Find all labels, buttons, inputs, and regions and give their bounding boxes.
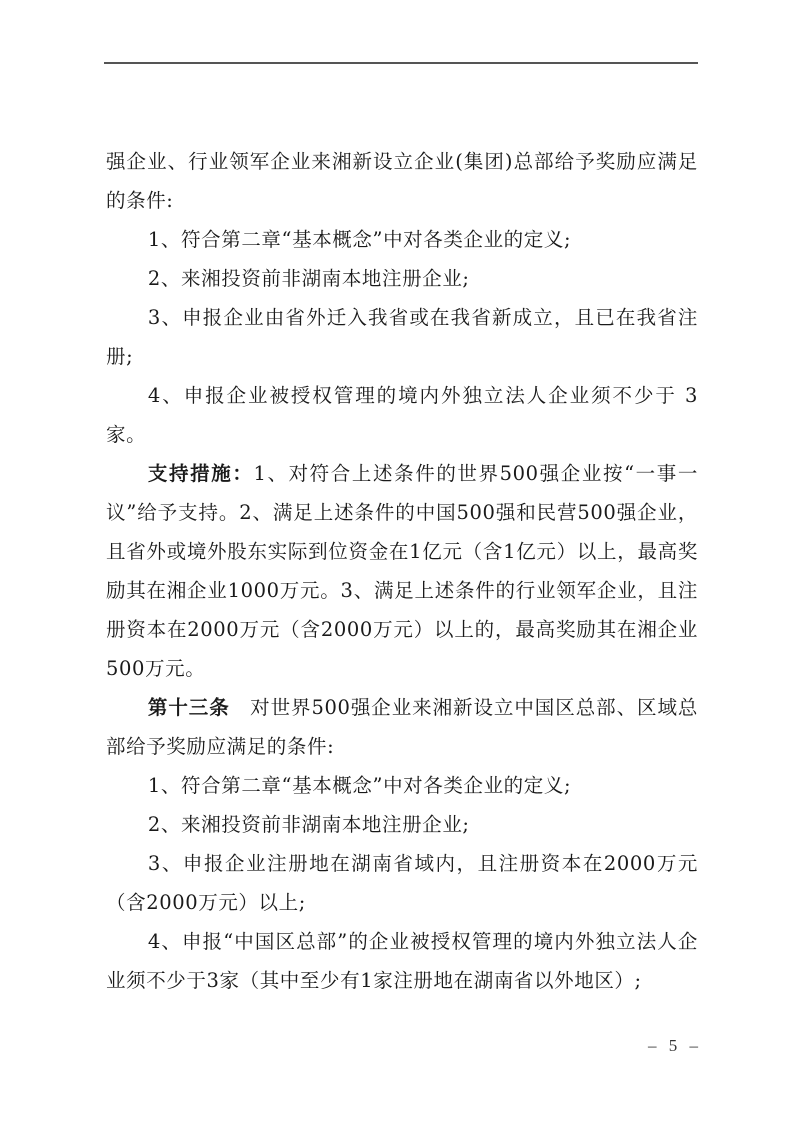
- condition-item-3: 3、申报企业由省外迁入我省或在我省新成立，且已在我省注册;: [106, 298, 698, 376]
- article-13-paragraph: 第十三条 对世界500强企业来湘新设立中国区总部、区域总部给予奖励应满足的条件:: [106, 688, 698, 766]
- support-measures-paragraph: 支持措施：1、对符合上述条件的世界500强企业按“一事一议”给予支持。2、满足上…: [106, 454, 698, 688]
- condition-item-4: 4、申报企业被授权管理的境内外独立法人企业须不少于 3 家。: [106, 376, 698, 454]
- article-13-condition-4: 4、申报“中国区总部”的企业被授权管理的境内外独立法人企业须不少于3家（其中至少…: [106, 922, 698, 1000]
- condition-item-1: 1、符合第二章“基本概念”中对各类企业的定义;: [106, 220, 698, 259]
- condition-item-2: 2、来湘投资前非湖南本地注册企业;: [106, 259, 698, 298]
- document-body: 强企业、行业领军企业来湘新设立企业(集团)总部给予奖励应满足的条件: 1、符合第…: [106, 142, 698, 1000]
- article-13-condition-2: 2、来湘投资前非湖南本地注册企业;: [106, 805, 698, 844]
- support-measures-text: 1、对符合上述条件的世界500强企业按“一事一议”给予支持。2、满足上述条件的中…: [106, 462, 698, 680]
- article-13-heading: 第十三条: [148, 696, 230, 719]
- article-13-condition-3: 3、申报企业注册地在湖南省域内，且注册资本在2000万元（含2000万元）以上;: [106, 844, 698, 922]
- header-rule: [104, 62, 698, 64]
- article-13-condition-1: 1、符合第二章“基本概念”中对各类企业的定义;: [106, 766, 698, 805]
- paragraph-continuation: 强企业、行业领军企业来湘新设立企业(集团)总部给予奖励应满足的条件:: [106, 142, 698, 220]
- support-measures-label: 支持措施：: [148, 462, 254, 485]
- page-number: – 5 –: [648, 1036, 702, 1056]
